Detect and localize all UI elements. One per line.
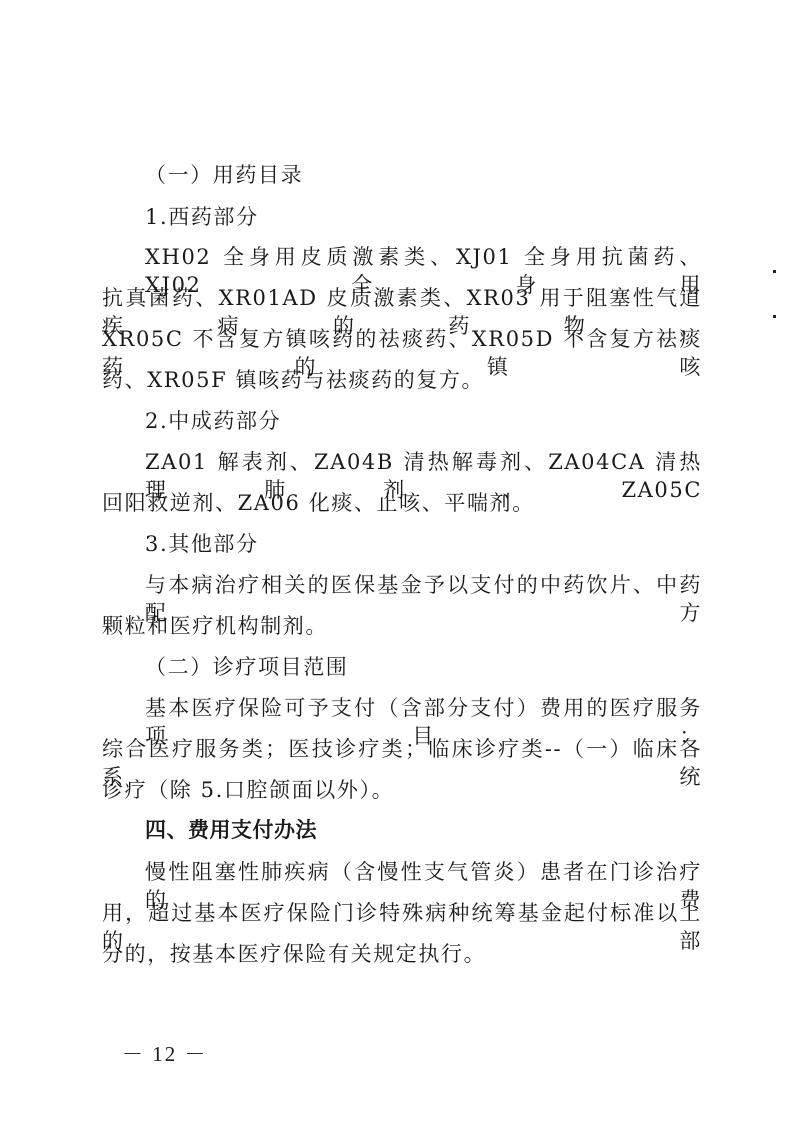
binding-hole-mark (773, 315, 776, 318)
paragraph-line: 分的，按基本医疗保险有关规定执行。 (102, 940, 702, 968)
paragraph-line: 回阳救逆剂、ZA06 化痰、止咳、平喘剂。 (102, 489, 702, 517)
paragraph-line: 颗粒和医疗机构制剂。 (102, 612, 702, 640)
paragraph-line: 药、XR05F 镇咳药与祛痰药的复方。 (102, 366, 702, 394)
section-heading-drug-catalog: （一）用药目录 (145, 161, 702, 189)
page-number: － 12 － (122, 1038, 208, 1068)
section-heading-payment: 四、费用支付办法 (145, 816, 702, 844)
subheading-tcm: 2.中成药部分 (145, 407, 702, 435)
binding-hole-mark (773, 270, 776, 273)
subheading-other: 3.其他部分 (145, 530, 702, 558)
paragraph-line: 诊疗（除 5.口腔颌面以外）。 (102, 776, 702, 804)
document-page: （一）用药目录 1.西药部分 XH02 全身用皮质激素类、XJ01 全身用抗菌药… (0, 0, 794, 1123)
section-heading-service-scope: （二）诊疗项目范围 (145, 653, 702, 681)
subheading-western-medicine: 1.西药部分 (145, 203, 702, 231)
